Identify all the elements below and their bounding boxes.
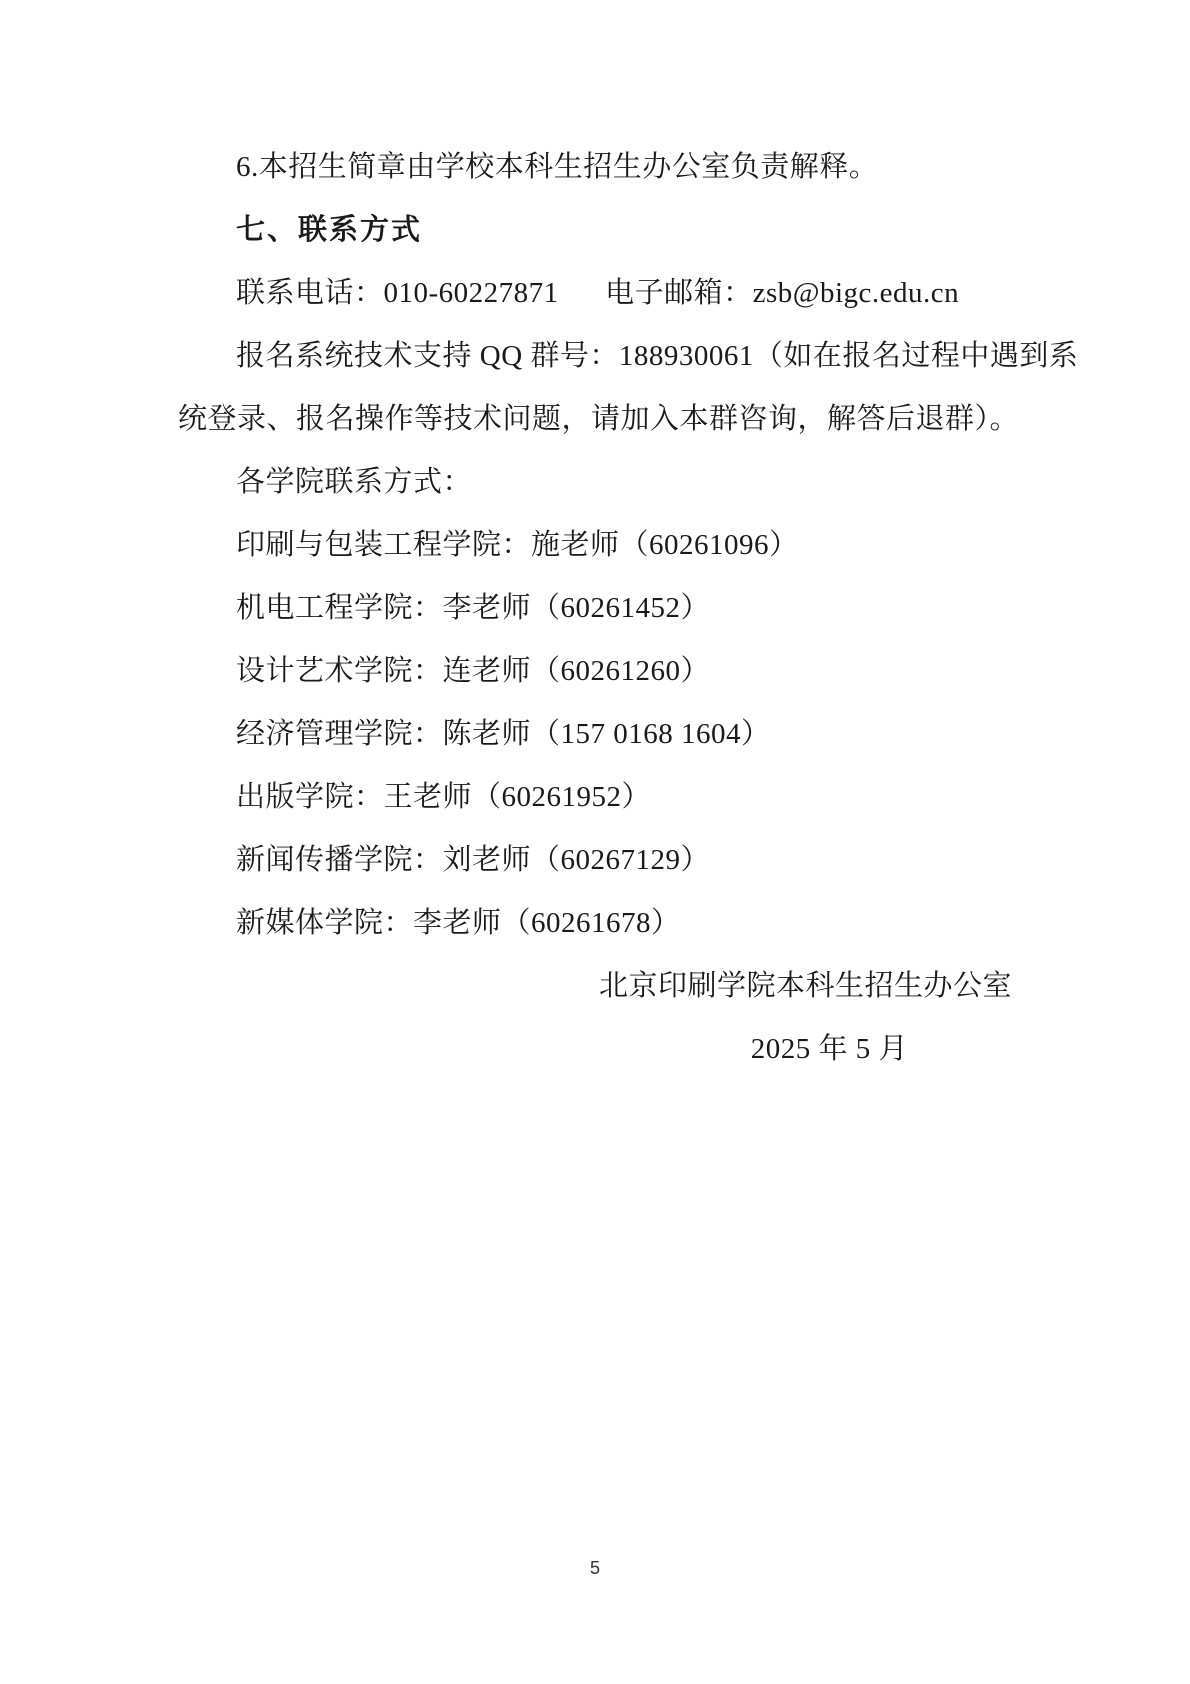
college-contact-line-journalism: 新闻传播学院：刘老师（60267129） [178,829,1012,892]
college-contacts-label: 各学院联系方式： [178,451,1012,514]
qq-support-line-2: 统登录、报名操作等技术问题，请加入本群咨询，解答后退群）。 [178,388,1012,451]
phone-number: 010-60227871 [384,277,559,309]
email-label: 电子邮箱： [605,277,753,309]
college-contact-line-publishing: 出版学院：王老师（60261952） [178,766,1012,829]
college-contact-line-design-art: 设计艺术学院：连老师（60261260） [178,640,1012,703]
date-line: 2025 年 5 月 [178,1018,1012,1081]
qq-support-line-1: 报名系统技术支持 QQ 群号：188930061（如在报名过程中遇到系 [178,325,1012,388]
document-body: 6.本招生简章由学校本科生招生办公室负责解释。 七、联系方式 联系电话：010-… [178,136,1012,1081]
email-address: zsb@bigc.edu.cn [753,277,960,309]
contact-info-line: 联系电话：010-60227871电子邮箱：zsb@bigc.edu.cn [178,262,1012,325]
phone-label: 联系电话： [236,277,384,309]
section-heading: 七、联系方式 [178,199,1012,262]
college-contact-line-mechanical-electrical: 机电工程学院：李老师（60261452） [178,577,1012,640]
signature-line: 北京印刷学院本科生招生办公室 [178,955,1012,1018]
closing-note-line: 6.本招生简章由学校本科生招生办公室负责解释。 [178,136,1012,199]
college-contact-line-printing-packaging: 印刷与包装工程学院：施老师（60261096） [178,514,1012,577]
college-contact-line-economics-management: 经济管理学院：陈老师（157 0168 1604） [178,703,1012,766]
page-number: 5 [0,1558,1190,1579]
college-contact-line-new-media: 新媒体学院：李老师（60261678） [178,892,1012,955]
document-page: 6.本招生简章由学校本科生招生办公室负责解释。 七、联系方式 联系电话：010-… [0,0,1190,1684]
